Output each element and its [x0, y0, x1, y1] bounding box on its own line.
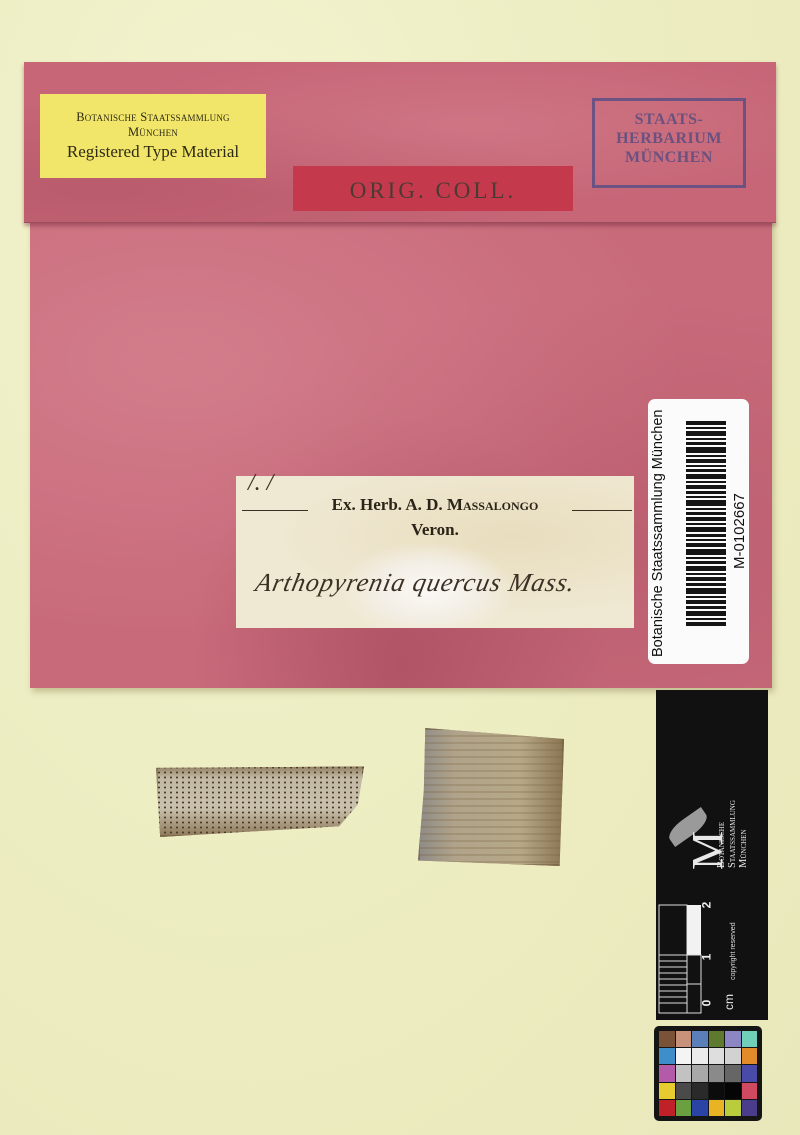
color-swatch — [692, 1048, 708, 1064]
color-swatch — [709, 1083, 725, 1099]
scale-bar-icon — [658, 904, 702, 1014]
color-swatch — [709, 1065, 725, 1081]
color-swatch — [709, 1048, 725, 1064]
herbarium-source: Ex. Herb. A. D. Massalongo — [236, 495, 634, 515]
scale-tick-0: 0 — [699, 1000, 713, 1007]
color-swatch — [725, 1031, 741, 1047]
herbarium-location: Veron. — [236, 520, 634, 540]
color-swatch — [742, 1065, 758, 1081]
brand-line-3: München — [738, 800, 749, 868]
color-swatch — [725, 1048, 741, 1064]
color-swatch — [692, 1083, 708, 1099]
stamp-line-1: STAATS- — [595, 110, 743, 129]
stamp-line-3: MÜNCHEN — [595, 148, 743, 167]
handwritten-species-name: Arthopyrenia quercus Mass. — [253, 568, 579, 598]
color-swatch — [742, 1031, 758, 1047]
scale-tick-2: 2 — [699, 902, 713, 909]
color-swatch — [742, 1100, 758, 1116]
color-swatch — [725, 1100, 741, 1116]
type-label-institution: Botanische Staatssammlung — [40, 110, 266, 125]
type-material-label: Botanische Staatssammlung München Regist… — [40, 94, 266, 178]
color-swatch — [725, 1065, 741, 1081]
color-swatch — [742, 1083, 758, 1099]
color-swatch — [676, 1083, 692, 1099]
corner-handwritten-mark: /. / — [248, 470, 273, 497]
color-calibration-chart — [654, 1026, 762, 1121]
stamp-line-2: HERBARIUM — [595, 129, 743, 148]
catalog-number: M-0102667 — [731, 493, 748, 569]
color-swatch — [676, 1100, 692, 1116]
barcode-icon — [686, 421, 726, 653]
color-swatch — [676, 1031, 692, 1047]
collection-label: /. / Ex. Herb. A. D. Massalongo Veron. A… — [236, 476, 634, 628]
barcode-institution: Botanische Staatssammlung München — [650, 407, 666, 657]
scale-ruler-card: Botanische Staatssammlung München M 0 1 … — [656, 690, 768, 1020]
color-swatch — [676, 1065, 692, 1081]
type-label-city: München — [40, 125, 266, 140]
logo-letter: M — [686, 831, 730, 870]
color-swatch — [659, 1083, 675, 1099]
color-swatch — [692, 1100, 708, 1116]
color-swatch — [709, 1100, 725, 1116]
color-swatch — [659, 1100, 675, 1116]
color-swatch — [659, 1048, 675, 1064]
color-swatch — [742, 1048, 758, 1064]
color-swatch — [692, 1031, 708, 1047]
bark-specimen-2 — [418, 728, 564, 866]
herbarium-stamp: STAATS- HERBARIUM MÜNCHEN — [592, 98, 746, 188]
color-swatch — [676, 1048, 692, 1064]
scale-unit: cm — [722, 994, 736, 1010]
barcode-label: Botanische Staatssammlung München M-0102… — [648, 399, 749, 664]
color-swatch — [659, 1065, 675, 1081]
color-swatch — [725, 1083, 741, 1099]
color-swatch — [692, 1065, 708, 1081]
copyright-notice: copyright reserved — [730, 922, 737, 980]
orig-coll-label: ORIG. COLL. — [293, 166, 573, 211]
bark-specimen-1 — [156, 765, 364, 837]
color-swatch — [709, 1031, 725, 1047]
scale-tick-1: 1 — [699, 954, 713, 961]
type-label-status: Registered Type Material — [40, 141, 266, 163]
herbarium-source-prefix: Ex. Herb. A. D. — [332, 495, 443, 514]
color-swatch — [659, 1031, 675, 1047]
herbarium-source-name: Massalongo — [447, 495, 538, 514]
